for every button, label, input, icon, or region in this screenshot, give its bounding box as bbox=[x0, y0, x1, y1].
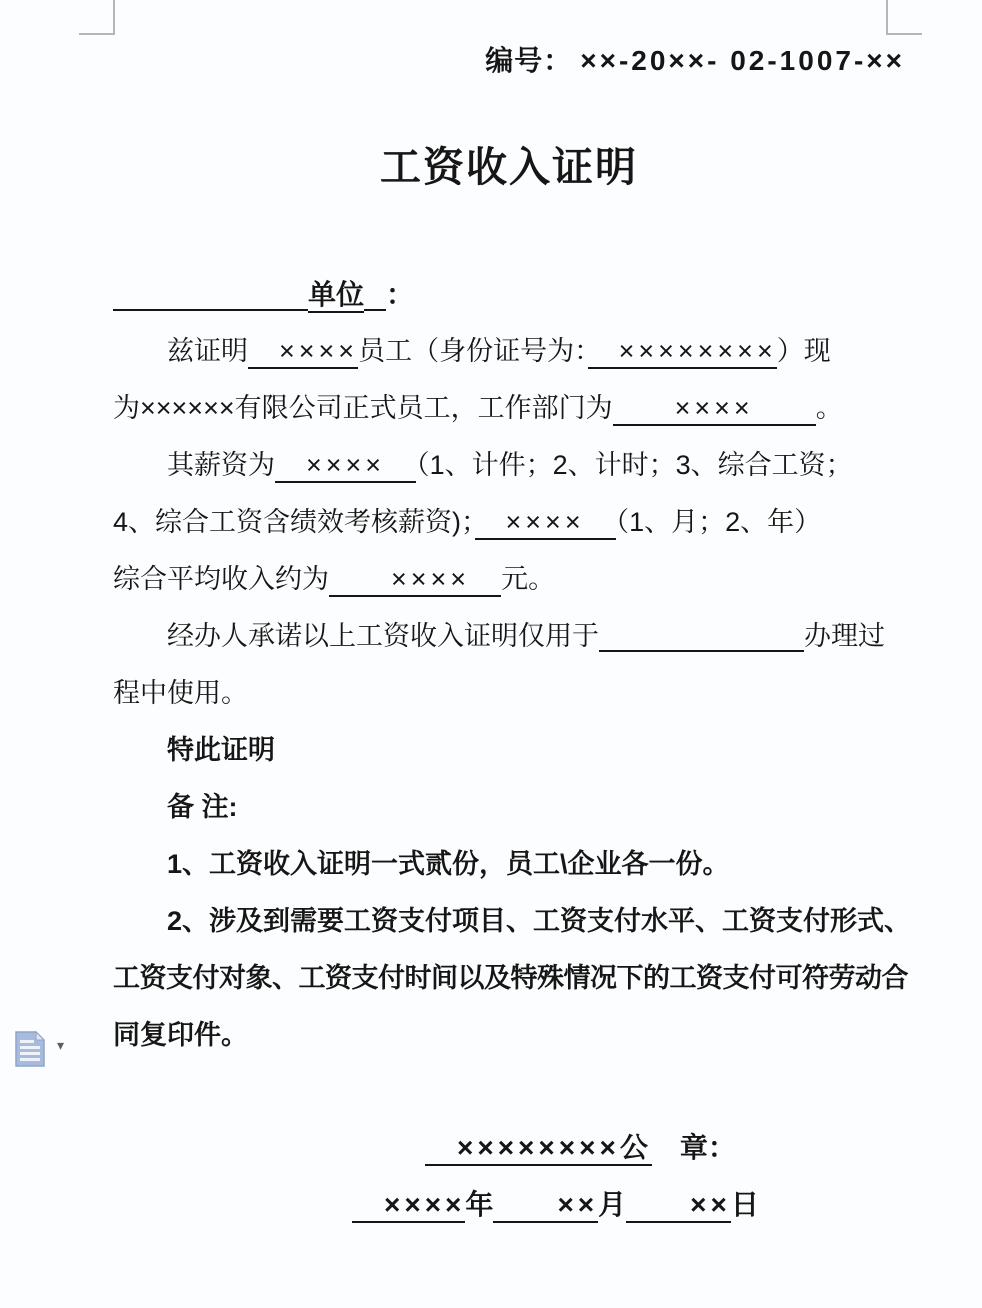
date-line: ××××年 ××月 ××日 bbox=[352, 1176, 905, 1233]
text-run: 经办人承诺以上工资收入证明仅用于 bbox=[167, 621, 599, 651]
text-run: ）现 bbox=[777, 336, 831, 366]
blank-line bbox=[364, 307, 386, 311]
unit-line: 单位： bbox=[113, 266, 905, 323]
fill-in-period: ×××× bbox=[475, 507, 616, 540]
serial-number-line: 编号：××-20××- 02-1007-×× bbox=[113, 38, 905, 84]
fill-in-purpose-blank bbox=[599, 648, 804, 652]
text-run: （1、计件；2、计时；3、综合工资； bbox=[416, 450, 853, 480]
document-page: 编号：××-20××- 02-1007-×× 工资收入证明 单位： 兹证明 ××… bbox=[0, 0, 982, 1308]
note-2-line-2: 工资支付对象、工资支付时间以及特殊情况下的工资支付可符劳动合 bbox=[113, 950, 905, 1007]
note-2-line-3: 同复印件。 bbox=[113, 1007, 905, 1064]
text-run: 其薪资为 bbox=[167, 450, 275, 480]
text-run: 综合平均收入约为 bbox=[113, 564, 329, 594]
day-label: 日 bbox=[731, 1189, 759, 1220]
unit-colon: ： bbox=[386, 279, 414, 310]
paragraph-company: 为××××××有限公司正式员工，工作部门为 ×××× 。 bbox=[113, 380, 905, 437]
fill-in-id-number: ×××××××× bbox=[588, 336, 777, 369]
document-title: 工资收入证明 bbox=[113, 136, 905, 198]
paragraph-average-income: 综合平均收入约为 ×××× 元。 bbox=[113, 551, 905, 608]
fill-in-name: ×××× bbox=[248, 336, 358, 369]
chevron-down-icon: ▾ bbox=[57, 1038, 64, 1052]
hereby-certify: 特此证明 bbox=[113, 722, 905, 779]
year-label: 年 bbox=[465, 1189, 493, 1220]
paste-document-icon bbox=[13, 1030, 47, 1075]
fill-in-day: ×× bbox=[626, 1189, 731, 1223]
note-2-line-1: 2、涉及到需要工资支付项目、工资支付水平、工资支付形式、 bbox=[113, 893, 905, 950]
fill-in-company-seal: ××××××××公 bbox=[425, 1132, 652, 1166]
paragraph-salary-type: 其薪资为 ×××× （1、计件；2、计时；3、综合工资； bbox=[113, 437, 905, 494]
paragraph-purpose: 经办人承诺以上工资收入证明仅用于办理过 bbox=[113, 608, 905, 665]
text-run: 4、综合工资含绩效考核薪资)； bbox=[113, 507, 475, 537]
fill-in-salary: ×××× bbox=[275, 450, 416, 483]
fill-in-month: ×× bbox=[493, 1189, 598, 1223]
blank-line bbox=[113, 307, 308, 311]
text-run: 办理过 bbox=[804, 621, 885, 651]
serial-label: 编号： bbox=[485, 45, 572, 76]
text-run: （1、月；2、年） bbox=[616, 507, 822, 537]
seal-line: ××××××××公 章： bbox=[425, 1119, 905, 1176]
text-run: 为××××××有限公司正式员工，工作部门为 bbox=[113, 393, 613, 423]
note-1: 1、工资收入证明一式贰份，员工\企业各一份。 bbox=[113, 836, 905, 893]
paste-options-button[interactable]: ▾ bbox=[13, 1030, 75, 1074]
month-label: 月 bbox=[598, 1189, 626, 1220]
paragraph-salary-type-2: 4、综合工资含绩效考核薪资)； ×××× （1、月；2、年） bbox=[113, 494, 905, 551]
text-boundary-mark-top-left bbox=[79, 0, 115, 35]
paragraph-certify: 兹证明 ××××员工（身份证号为： ××××××××）现 bbox=[113, 323, 905, 380]
text-run: 员工（身份证号为： bbox=[358, 336, 588, 366]
fill-in-department: ×××× bbox=[613, 393, 816, 426]
seal-label: 章： bbox=[652, 1132, 736, 1163]
document-body: 编号：××-20××- 02-1007-×× 工资收入证明 单位： 兹证明 ××… bbox=[113, 0, 905, 1233]
text-run: 。 bbox=[816, 393, 843, 423]
paragraph-purpose-cont: 程中使用。 bbox=[113, 665, 905, 722]
text-run: 元。 bbox=[501, 564, 555, 594]
unit-label: 单位 bbox=[308, 279, 364, 313]
serial-value: ××-20××- 02-1007-×× bbox=[580, 45, 905, 76]
fill-in-year: ×××× bbox=[352, 1189, 465, 1223]
remark-label: 备 注: bbox=[113, 779, 905, 836]
fill-in-amount: ×××× bbox=[329, 564, 501, 597]
text-run: 兹证明 bbox=[167, 336, 248, 366]
